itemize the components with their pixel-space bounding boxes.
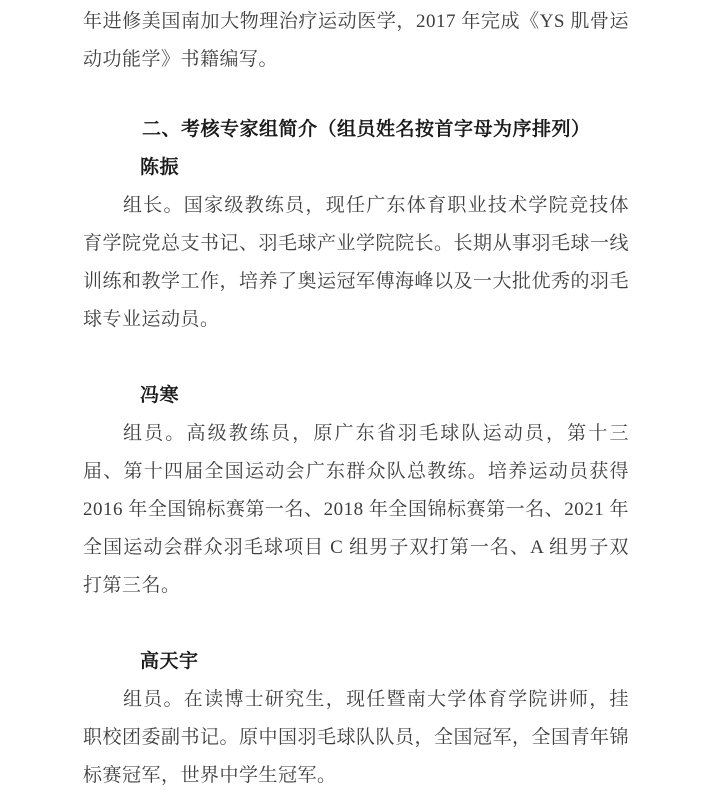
page-content: 年进修美国南加大物理治疗运动医学，2017 年完成《YS 肌骨运动功能学》书籍编… [83,3,629,795]
expert-bio: 组员。高级教练员，原广东省羽毛球队运动员，第十三届、第十四届全国运动会广东群众队… [83,415,629,605]
expert-section-chenzhen: 陈振 组长。国家级教练员，现任广东体育职业技术学院竞技体育学院党总支书记、羽毛球… [83,149,629,339]
expert-name: 冯寒 [83,377,629,415]
expert-name: 陈振 [83,149,629,187]
expert-section-fenghan: 冯寒 组员。高级教练员，原广东省羽毛球队运动员，第十三届、第十四届全国运动会广东… [83,377,629,605]
section-heading: 二、考核专家组简介（组员姓名按首字母为序排列） [83,111,629,149]
expert-bio: 组长。国家级教练员，现任广东体育职业技术学院竞技体育学院党总支书记、羽毛球产业学… [83,187,629,339]
expert-name: 高天宇 [83,643,629,681]
expert-bio: 组员。在读博士研究生，现任暨南大学体育学院讲师，挂职校团委副书记。原中国羽毛球队… [83,681,629,795]
document-page: 年进修美国南加大物理治疗运动医学，2017 年完成《YS 肌骨运动功能学》书籍编… [0,0,708,796]
expert-section-gaotianyu: 高天宇 组员。在读博士研究生，现任暨南大学体育学院讲师，挂职校团委副书记。原中国… [83,643,629,795]
intro-continuation-paragraph: 年进修美国南加大物理治疗运动医学，2017 年完成《YS 肌骨运动功能学》书籍编… [83,3,629,79]
